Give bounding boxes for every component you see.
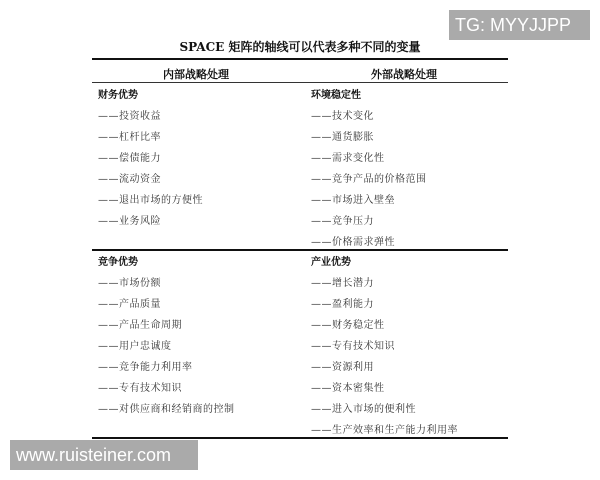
watermark-website: www.ruisteiner.com (10, 440, 198, 470)
list-item: ——产品质量 (98, 299, 235, 320)
section-heading: 产业优势 (311, 257, 458, 278)
column-header-internal: 内部战略处理 (92, 66, 300, 82)
list-item: ——专有技术知识 (98, 383, 235, 404)
list-item: ——竞争产品的价格范围 (311, 174, 427, 195)
list-item: ——进入市场的便利性 (311, 404, 458, 425)
list-item: ——资本密集性 (311, 383, 458, 404)
list-item: ——市场份额 (98, 278, 235, 299)
column-header-external: 外部战略处理 (300, 66, 508, 82)
bottom-rule (92, 437, 508, 439)
section-divider (92, 249, 508, 251)
list-item: ——用户忠诚度 (98, 341, 235, 362)
list-item: ——退出市场的方便性 (98, 195, 203, 216)
list-item: ——产品生命周期 (98, 320, 235, 341)
list-item: ——需求变化性 (311, 153, 427, 174)
header-rule (92, 82, 508, 83)
section-heading: 竞争优势 (98, 257, 235, 278)
list-item: ——对供应商和经销商的控制 (98, 404, 235, 425)
section-heading: 环境稳定性 (311, 90, 427, 111)
watermark-tg: TG: MYYJJPP (449, 10, 590, 40)
top-rule (92, 58, 508, 60)
section-competitive-advantage: 竞争优势 ——市场份额 ——产品质量 ——产品生命周期 ——用户忠诚度 ——竞争… (98, 257, 235, 425)
list-item: ——盈利能力 (311, 299, 458, 320)
list-item: ——技术变化 (311, 111, 427, 132)
list-item: ——投资收益 (98, 111, 203, 132)
list-item: ——专有技术知识 (311, 341, 458, 362)
list-item: ——通货膨胀 (311, 132, 427, 153)
section-environmental-stability: 环境稳定性 ——技术变化 ——通货膨胀 ——需求变化性 ——竞争产品的价格范围 … (311, 90, 427, 258)
list-item: ——偿债能力 (98, 153, 203, 174)
list-item: ——流动资金 (98, 174, 203, 195)
list-item: ——市场进入壁垒 (311, 195, 427, 216)
table-title: SPACE 矩阵的轴线可以代表多种不同的变量 (92, 38, 508, 55)
list-item: ——业务风险 (98, 216, 203, 237)
section-heading: 财务优势 (98, 90, 203, 111)
section-financial-strength: 财务优势 ——投资收益 ——杠杆比率 ——偿债能力 ——流动资金 ——退出市场的… (98, 90, 203, 237)
list-item: ——竞争能力利用率 (98, 362, 235, 383)
section-industry-strength: 产业优势 ——增长潜力 ——盈利能力 ——财务稳定性 ——专有技术知识 ——资源… (311, 257, 458, 446)
list-item: ——杠杆比率 (98, 132, 203, 153)
list-item: ——资源利用 (311, 362, 458, 383)
list-item: ——价格需求弹性 (311, 237, 427, 258)
list-item: ——财务稳定性 (311, 320, 458, 341)
list-item: ——竞争压力 (311, 216, 427, 237)
list-item: ——生产效率和生产能力利用率 (311, 425, 458, 446)
list-item: ——增长潜力 (311, 278, 458, 299)
